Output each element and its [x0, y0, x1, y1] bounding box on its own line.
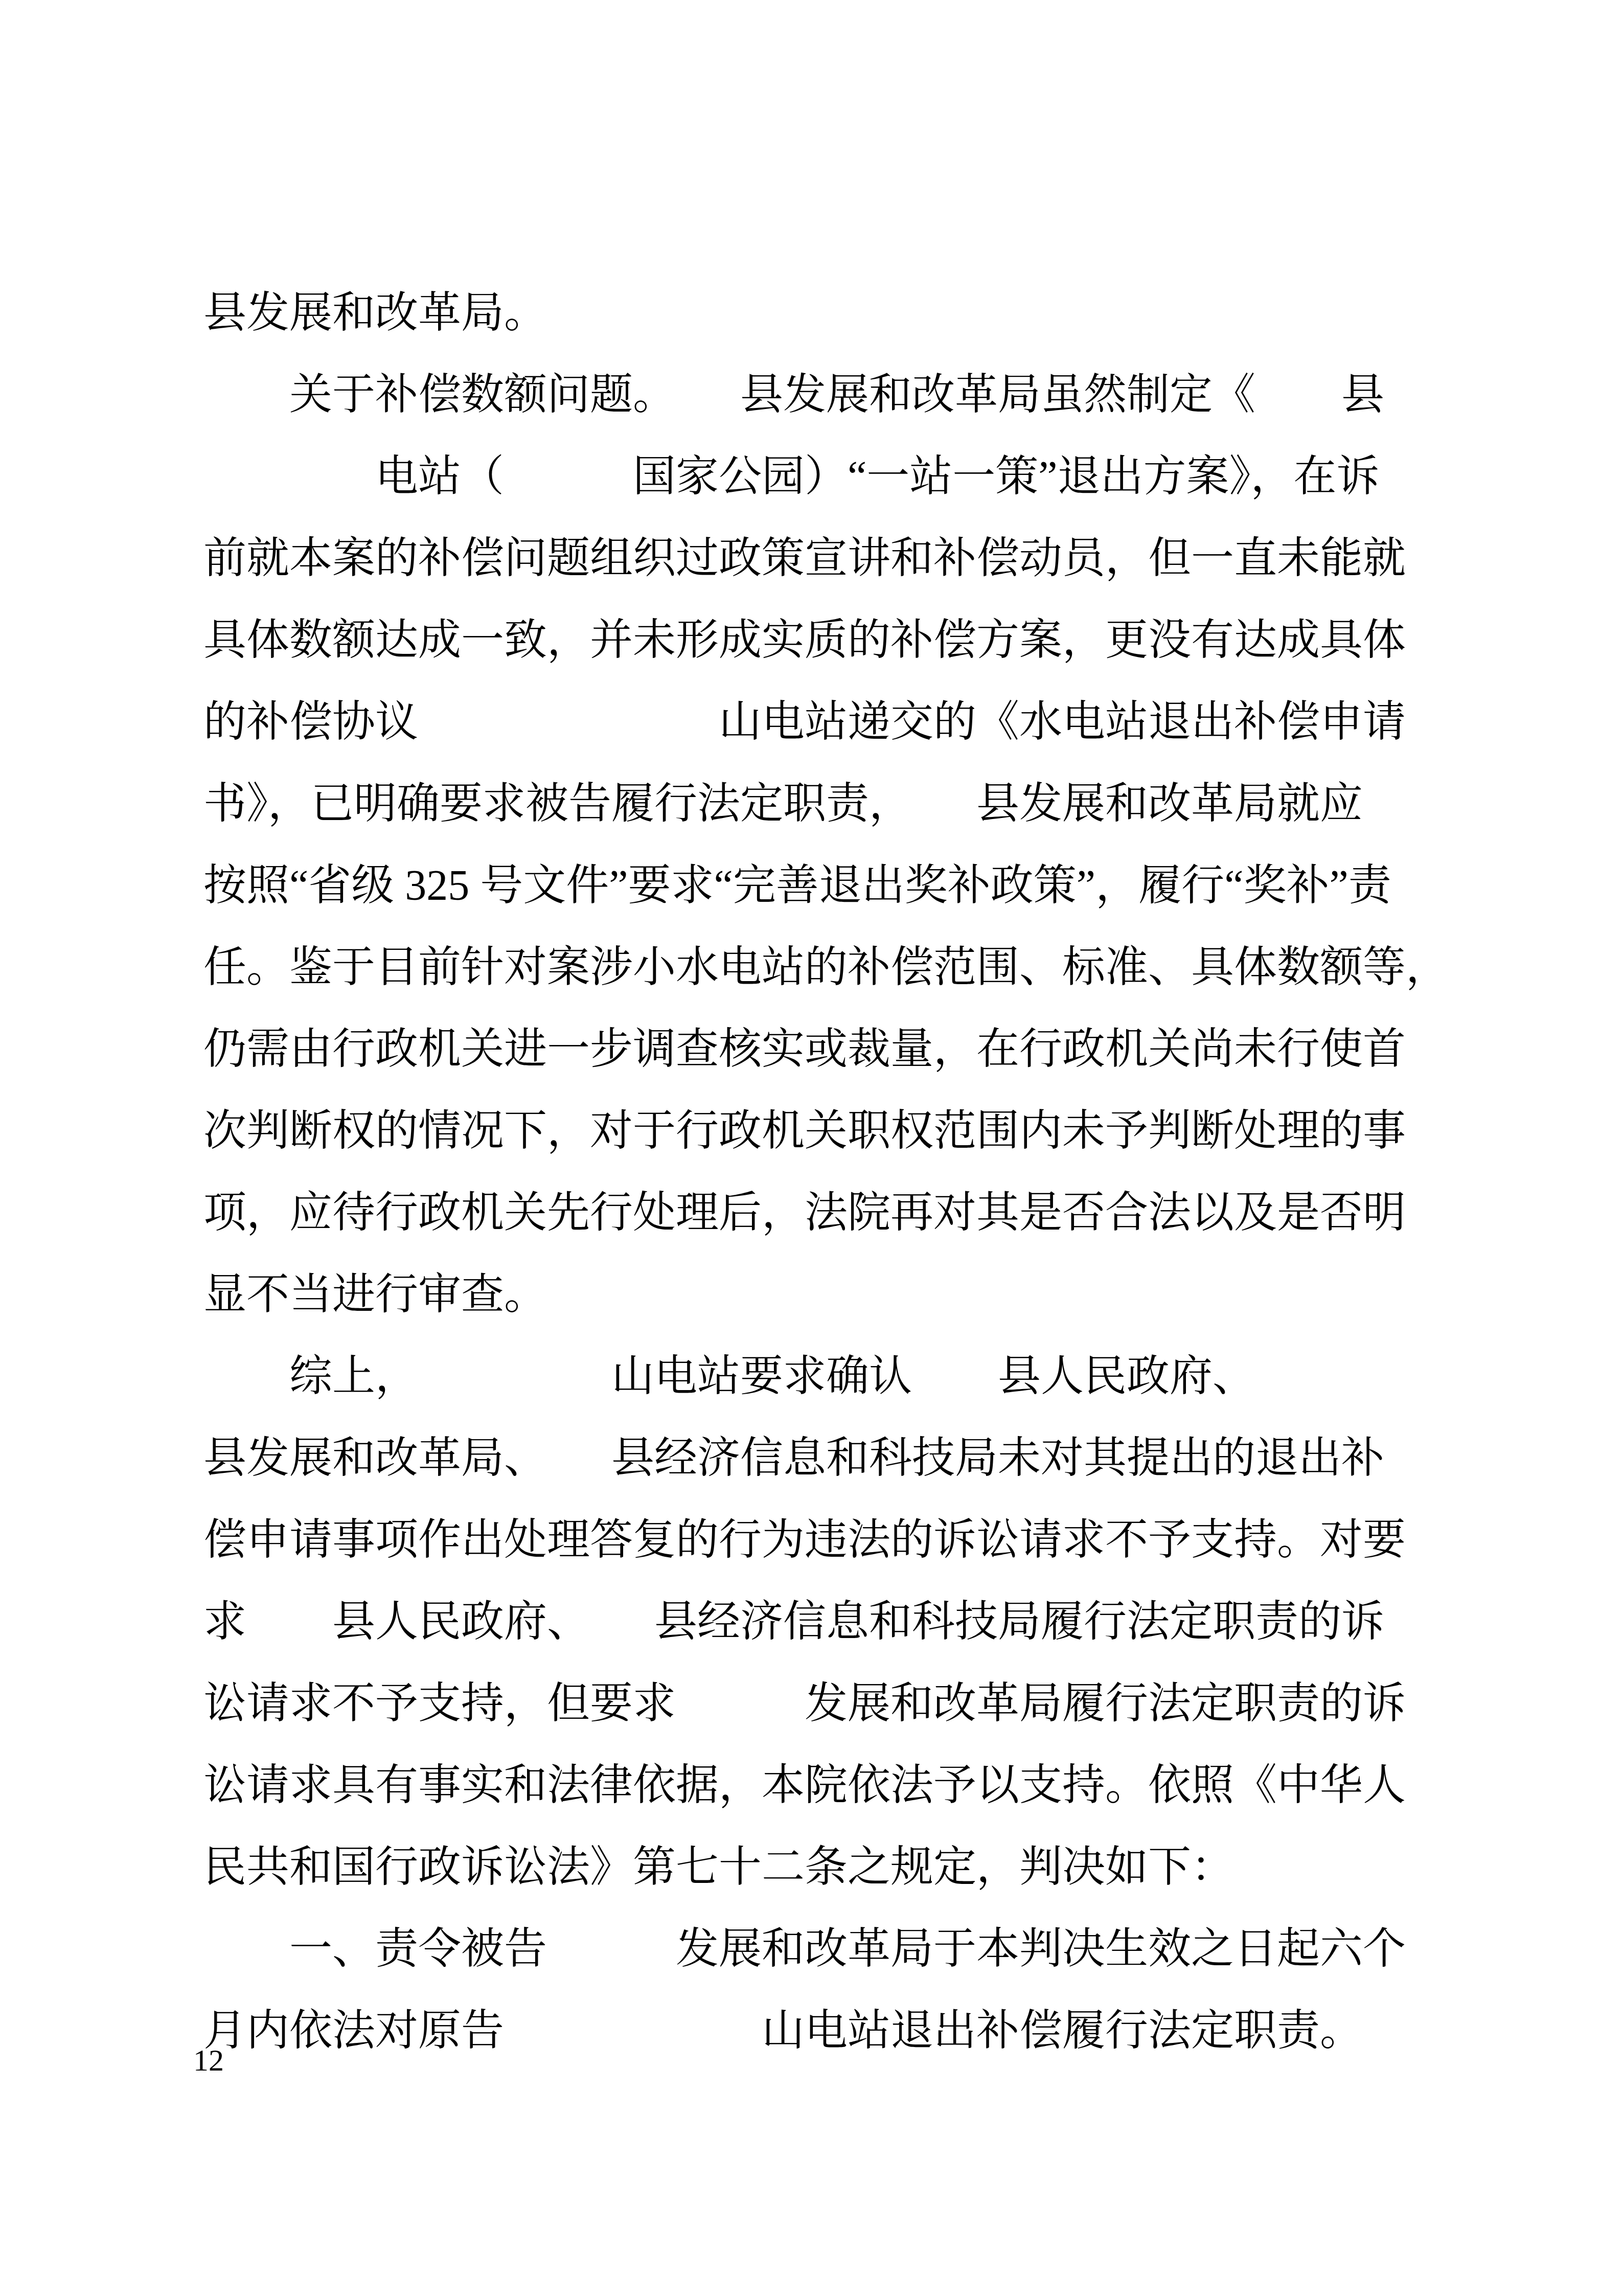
- text-line: 仍需由行政机关进一步调查核实或裁量，在行政机关尚未行使首: [203, 1009, 1441, 1090]
- text-line: 讼请求不予支持，但要求 发展和改革局履行法定职责的诉: [203, 1663, 1441, 1745]
- text-line: 偿申请事项作出处理答复的行为违法的诉讼请求不予支持。对要: [203, 1499, 1441, 1581]
- text-line: 具体数额达成一致，并未形成实质的补偿方案，更没有达成具体: [203, 600, 1441, 681]
- text-line: 的补偿协议 山电站递交的《水电站退出补偿申请: [203, 681, 1441, 763]
- text-line: 任。鉴于目前针对案涉小水电站的补偿范围、标准、具体数额等，: [203, 927, 1441, 1009]
- text-line: 关于补偿数额问题。 县发展和改革局虽然制定《 县: [203, 354, 1441, 436]
- document-page: 县发展和改革局。 关于补偿数额问题。 县发展和改革局虽然制定《 县 电站（ 国家…: [0, 0, 1623, 2296]
- text-line: 月内依法对原告 山电站退出补偿履行法定职责。: [203, 1990, 1441, 2072]
- text-line: 民共和国行政诉讼法》第七十二条之规定，判决如下：: [203, 1827, 1441, 1908]
- text-line: 讼请求具有事实和法律依据，本院依法予以支持。依照《中华人: [203, 1745, 1441, 1827]
- text-line: 显不当进行审查。: [203, 1254, 1441, 1336]
- text-line: 项，应待行政机关先行处理后，法院再对其是否合法以及是否明: [203, 1172, 1441, 1254]
- text-line: 电站（ 国家公园）“一站一策”退出方案》，在诉: [203, 436, 1441, 518]
- text-line: 一、责令被告 发展和改革局于本判决生效之日起六个: [203, 1908, 1441, 1990]
- page-number: 12: [193, 2044, 224, 2077]
- text-line: 按照“省级 325 号文件”要求“完善退出奖补政策”，履行“奖补”责: [203, 845, 1441, 927]
- text-line: 县发展和改革局。: [203, 272, 1441, 354]
- judgment-text: 县发展和改革局。 关于补偿数额问题。 县发展和改革局虽然制定《 县 电站（ 国家…: [203, 272, 1441, 2072]
- text-line: 县发展和改革局、 县经济信息和科技局未对其提出的退出补: [203, 1418, 1441, 1499]
- text-line: 前就本案的补偿问题组织过政策宣讲和补偿动员，但一直未能就: [203, 518, 1441, 600]
- text-line: 书》，已明确要求被告履行法定职责， 县发展和改革局就应: [203, 763, 1441, 845]
- text-line: 次判断权的情况下，对于行政机关职权范围内未予判断处理的事: [203, 1090, 1441, 1172]
- text-line: 求 县人民政府、 县经济信息和科技局履行法定职责的诉: [203, 1581, 1441, 1663]
- text-line: 综上， 山电站要求确认 县人民政府、: [203, 1336, 1441, 1418]
